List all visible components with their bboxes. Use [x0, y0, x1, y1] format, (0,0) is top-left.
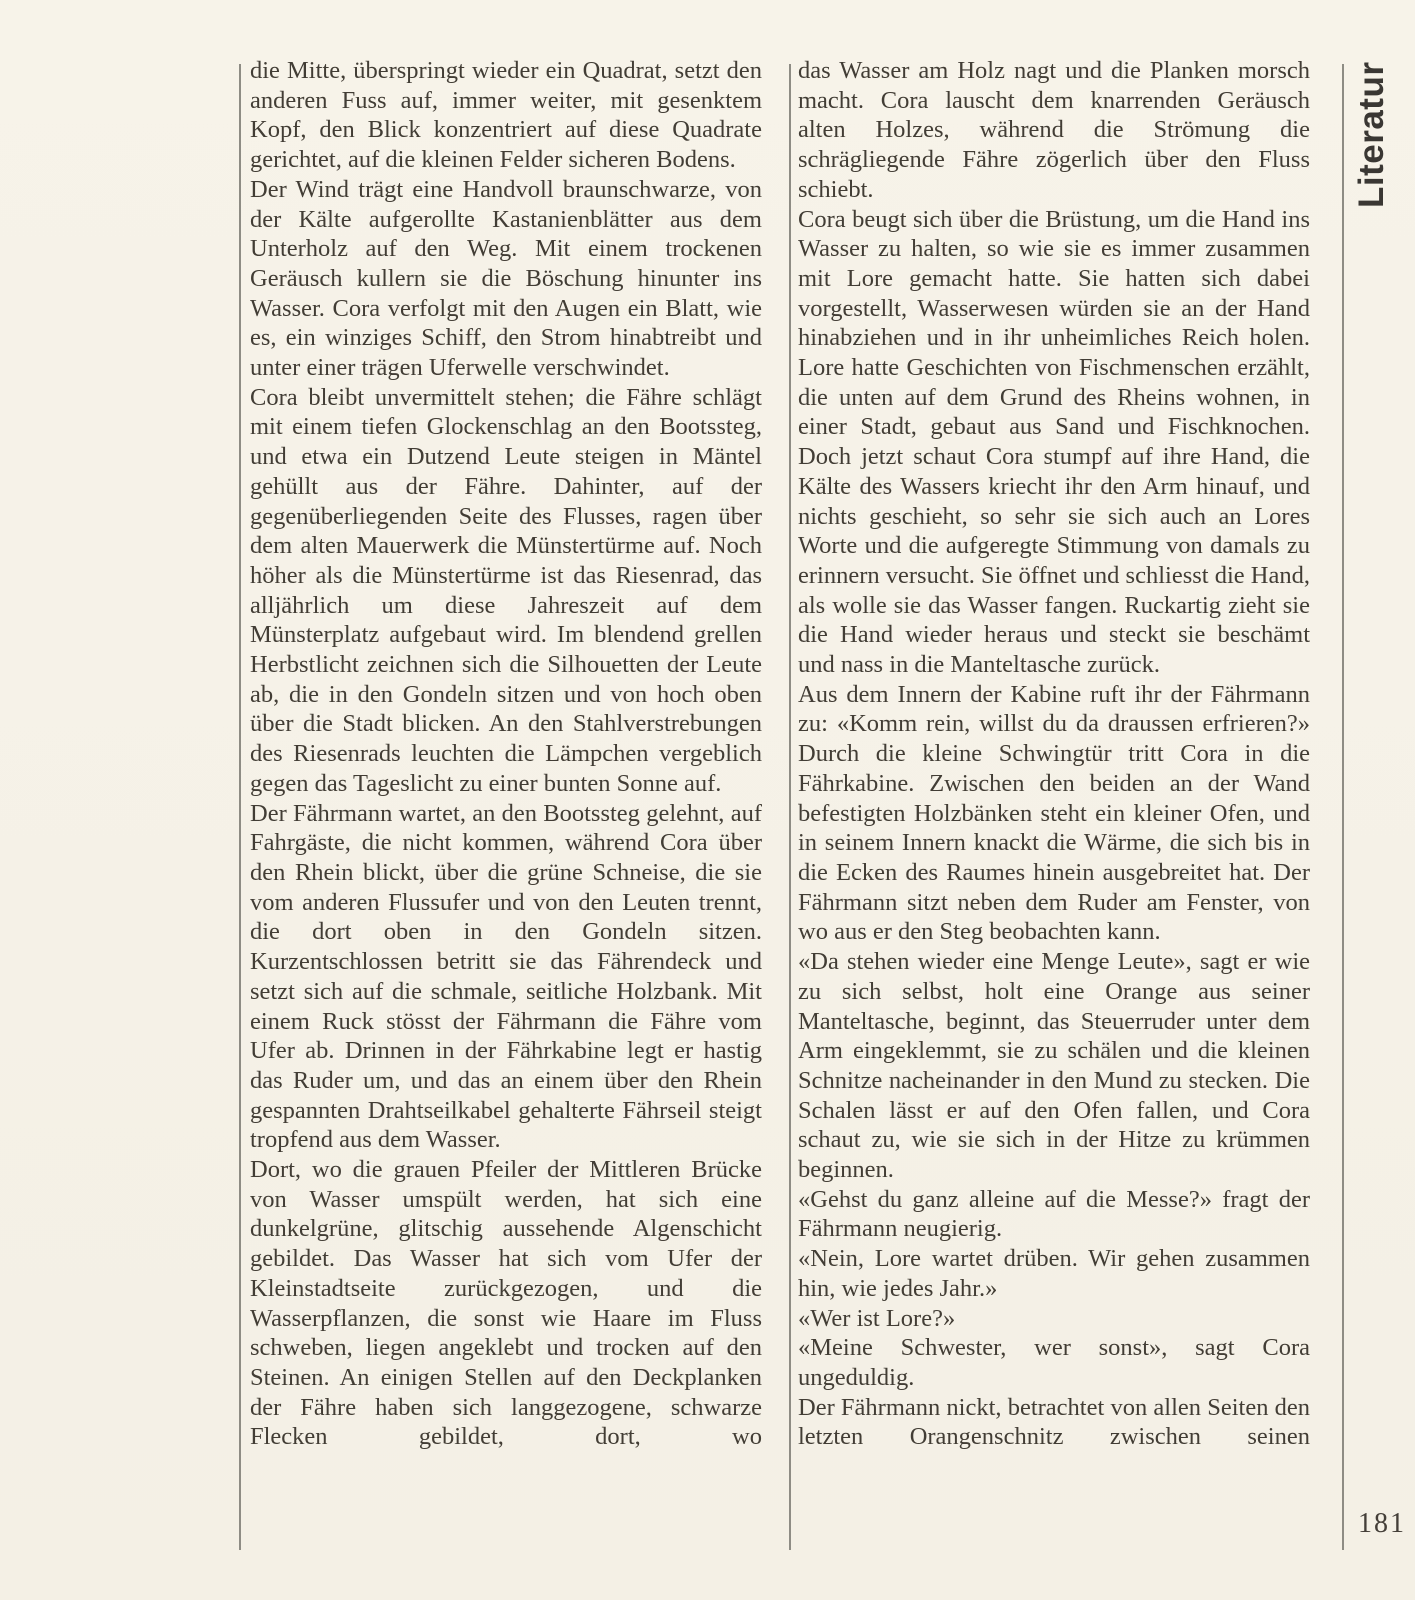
paragraph: Aus dem Innern der Kabine ruft ihr der F… — [798, 680, 1310, 947]
left-column: die Mitte, überspringt wieder ein Quadra… — [250, 56, 762, 1548]
paragraph: Der Fährmann nickt, betrachtet von allen… — [798, 1393, 1310, 1452]
paragraph: die Mitte, überspringt wieder ein Quadra… — [250, 56, 762, 175]
right-column: das Wasser am Holz nagt und die Planken … — [798, 56, 1310, 1548]
left-column-rule — [239, 64, 241, 1550]
paragraph: Cora beugt sich über die Brüstung, um di… — [798, 205, 1310, 680]
paragraph: «Meine Schwester, wer sonst», sagt Cora … — [798, 1333, 1310, 1392]
paragraph: das Wasser am Holz nagt und die Planken … — [798, 56, 1310, 205]
page-number: 181 — [1358, 1508, 1406, 1540]
paragraph: «Nein, Lore wartet drüben. Wir gehen zus… — [798, 1244, 1310, 1303]
paragraph: Cora bleibt unvermittelt stehen; die Fäh… — [250, 383, 762, 799]
paragraph: «Da stehen wieder eine Menge Leute», sag… — [798, 947, 1310, 1185]
magazine-page: die Mitte, überspringt wieder ein Quadra… — [0, 0, 1415, 1600]
paragraph: «Gehst du ganz alleine auf die Messe?» f… — [798, 1185, 1310, 1244]
paragraph: Der Wind trägt eine Handvoll braunschwar… — [250, 175, 762, 383]
column-divider-rule — [789, 64, 791, 1550]
section-margin-label: Literatur — [1352, 62, 1392, 208]
paragraph: «Wer ist Lore?» — [798, 1304, 1310, 1334]
right-margin-rule — [1342, 64, 1344, 1550]
paragraph: Der Fährmann wartet, an den Bootssteg ge… — [250, 799, 762, 1155]
paragraph: Dort, wo die grauen Pfeiler der Mittlere… — [250, 1155, 762, 1452]
